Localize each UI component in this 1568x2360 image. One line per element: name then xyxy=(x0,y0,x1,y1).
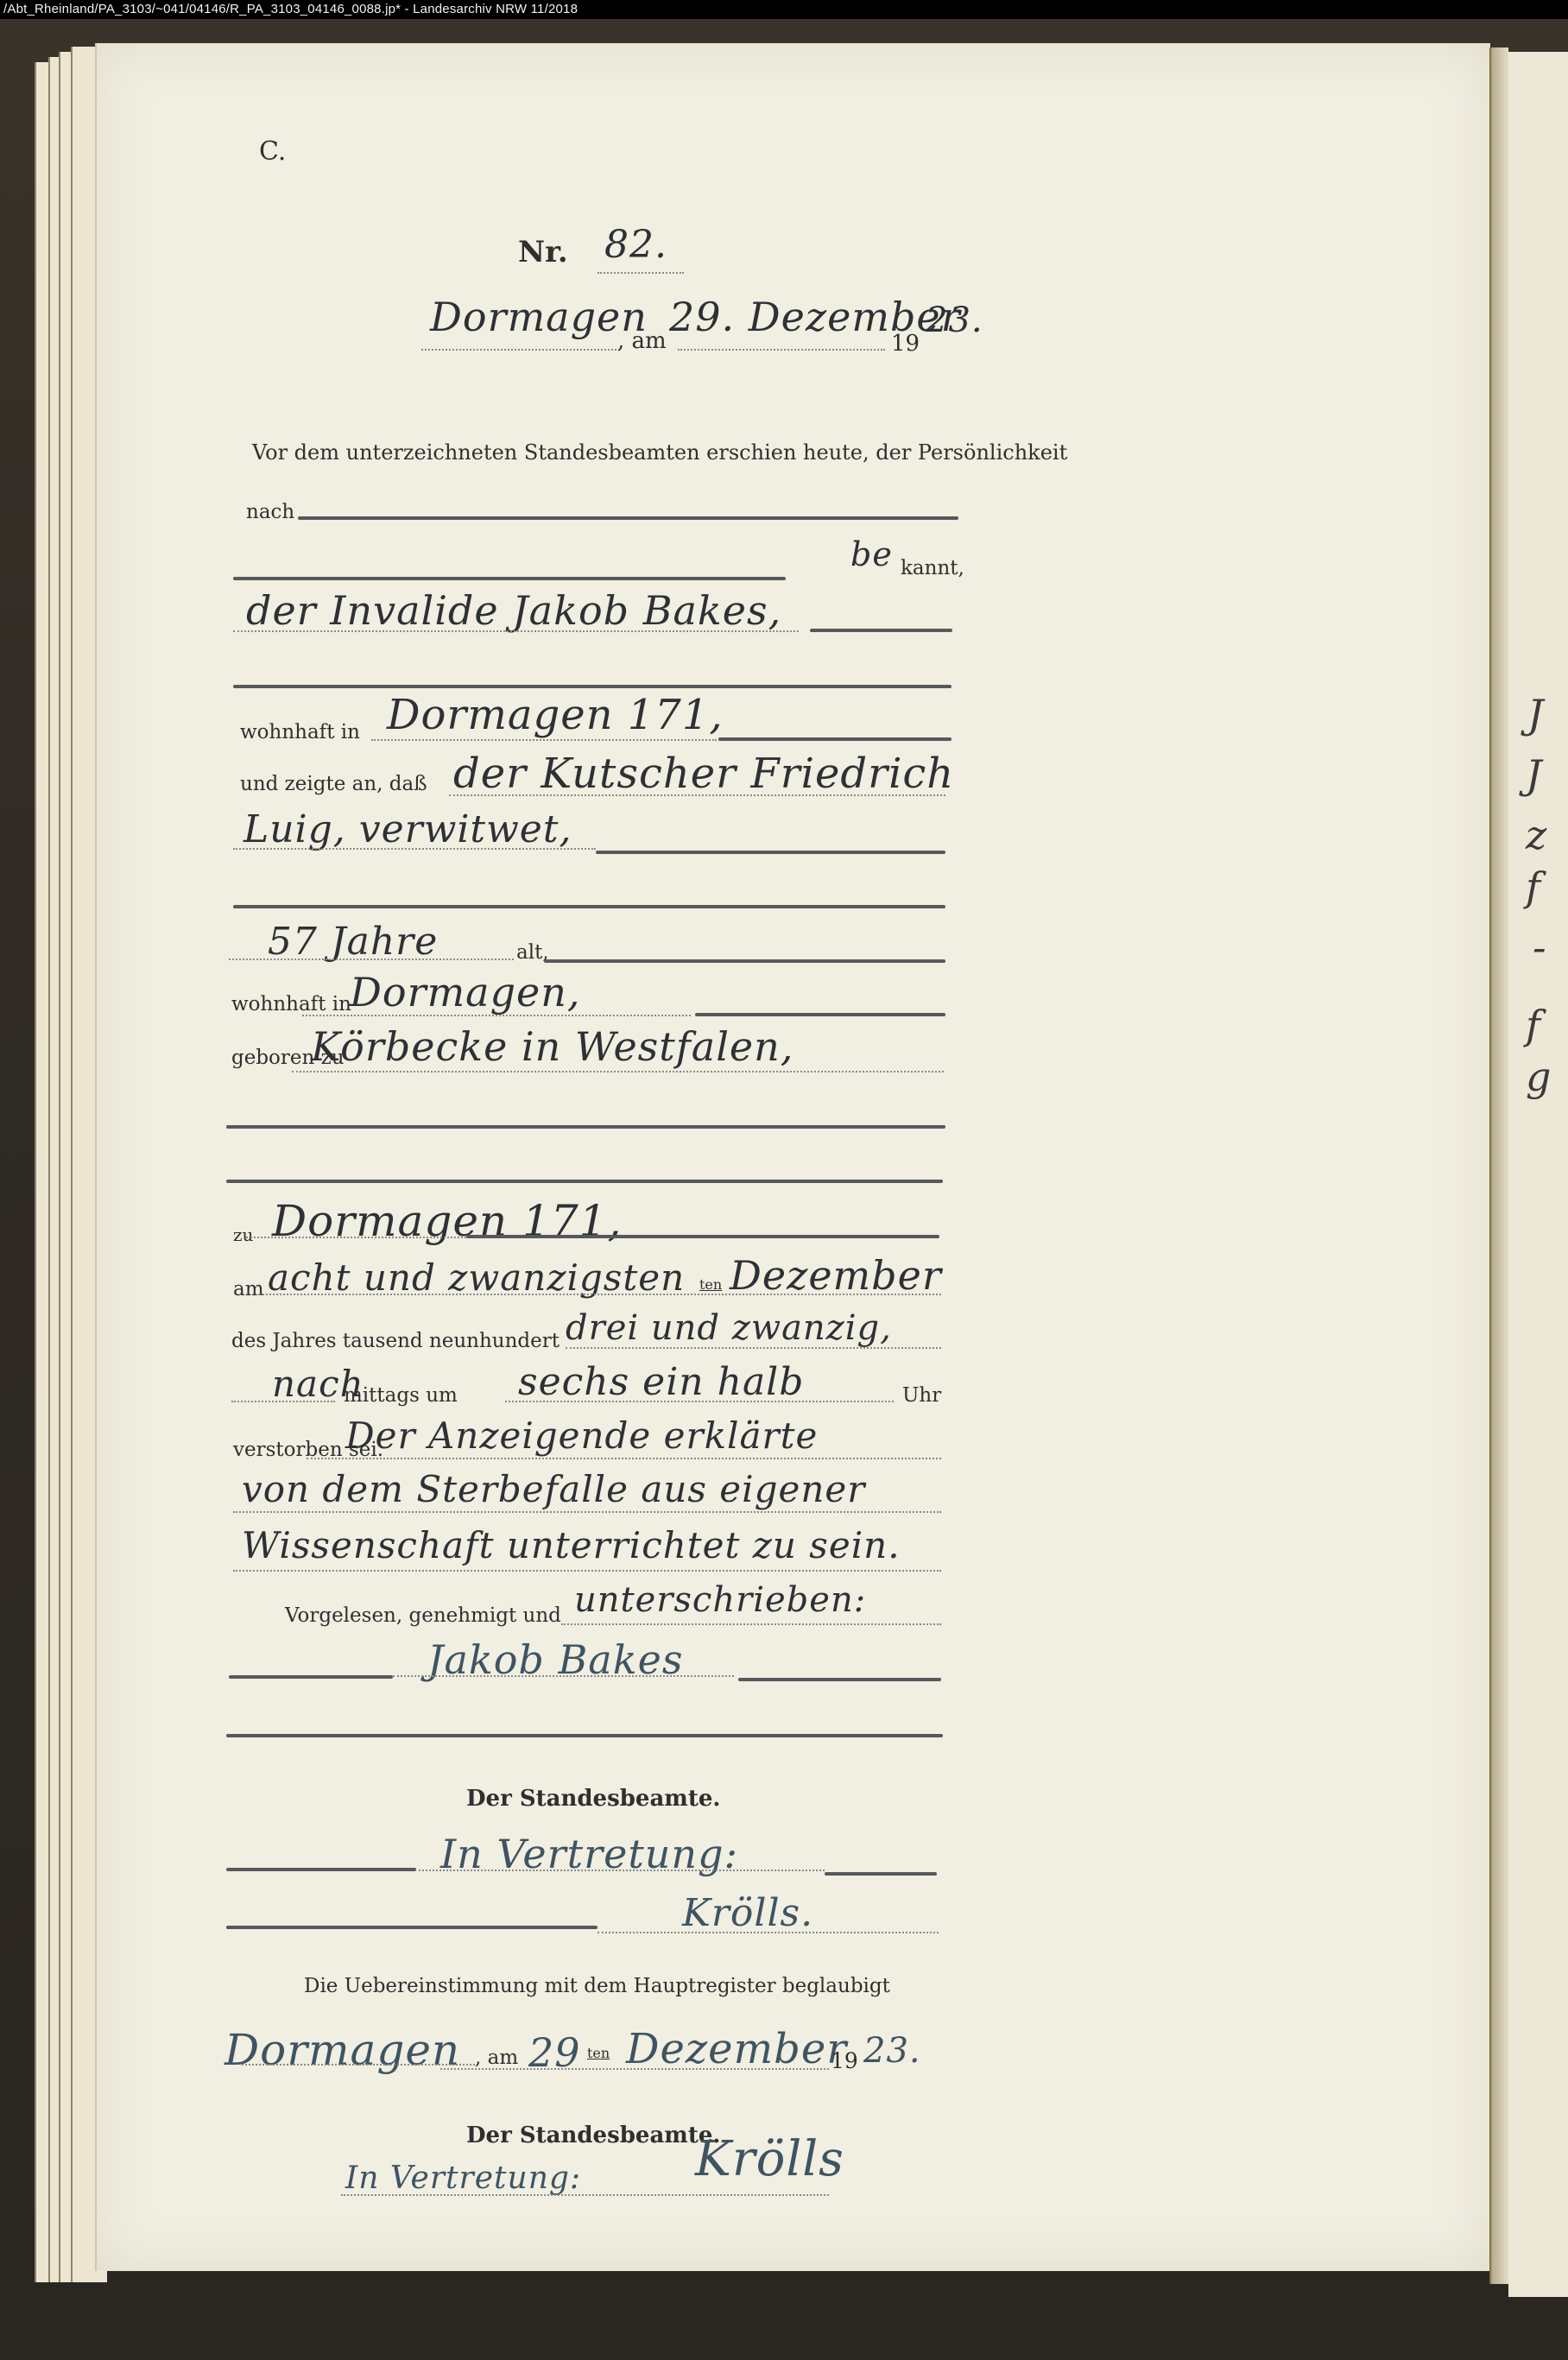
death-place-label: zu xyxy=(233,1224,253,1245)
form-rule xyxy=(233,905,945,908)
death-day-suffix: ten xyxy=(699,1276,722,1293)
cert-signature: Krölls xyxy=(695,2131,844,2187)
cert-deputy: In Vertretung: xyxy=(345,2161,581,2196)
certification-text: Die Uebereinstimmung mit dem Hauptregist… xyxy=(304,1975,890,1997)
death-day: acht und zwanzigsten xyxy=(268,1256,685,1299)
dotted-line xyxy=(419,1870,825,1871)
cert-year: 23. xyxy=(863,2031,921,2071)
dotted-line xyxy=(242,2064,475,2066)
form-rule xyxy=(466,1235,939,1238)
form-rule xyxy=(226,1125,945,1129)
dotted-line xyxy=(440,2068,829,2070)
form-rule xyxy=(738,1678,941,1681)
dotted-line xyxy=(233,1570,941,1572)
registrar-signature: Krölls. xyxy=(682,1891,813,1935)
deceased-line-2: Luig, verwitwet, xyxy=(243,807,572,851)
deceased-line-1: der Kutscher Friedrich xyxy=(453,750,954,798)
read-label: Vorgelesen, genehmigt und xyxy=(285,1604,561,1627)
dotted-line xyxy=(246,1237,466,1238)
dotted-line xyxy=(229,959,514,960)
header-year-prefix: 19 xyxy=(891,331,920,357)
dotted-line xyxy=(341,2194,829,2196)
birthplace: Körbecke in Westfalen, xyxy=(311,1023,793,1070)
nach-label: nach xyxy=(246,501,294,523)
dotted-line xyxy=(561,1623,941,1625)
header-year: 23. xyxy=(926,301,983,340)
form-rule xyxy=(226,1926,597,1929)
year-label: des Jahres tausend neunhundert xyxy=(231,1330,560,1352)
death-place: Dormagen 171, xyxy=(272,1196,622,1246)
form-rule xyxy=(825,1872,937,1876)
bekannt-print: kannt, xyxy=(901,557,964,579)
form-rule xyxy=(810,629,952,632)
form-rule xyxy=(596,851,945,854)
dotted-line xyxy=(449,794,945,796)
dotted-line xyxy=(233,630,799,632)
dotted-line xyxy=(231,1401,335,1402)
form-rule xyxy=(226,1868,416,1871)
death-time: sechs ein halb xyxy=(518,1360,804,1404)
announce-label: und zeigte an, daß xyxy=(240,773,427,795)
death-record: C. Nr. 82. Dormagen , am 29. Dezember 19… xyxy=(0,0,1568,2360)
cert-day-suffix: ten xyxy=(587,2045,610,2061)
remark-line-1: Der Anzeigende erklärte xyxy=(345,1414,818,1457)
dotted-line xyxy=(505,1401,894,1402)
registrar-title: Der Standesbeamte. xyxy=(466,1786,720,1812)
deceased-residence: Dormagen, xyxy=(350,969,581,1015)
form-rule xyxy=(233,685,952,688)
dotted-line xyxy=(597,1932,939,1933)
record-number: 82. xyxy=(604,223,667,267)
cert-month: Dezember xyxy=(626,2025,847,2073)
form-rule xyxy=(695,1013,945,1016)
read-approved: unterschrieben: xyxy=(574,1580,866,1620)
dotted-line xyxy=(233,1511,941,1513)
death-month: Dezember xyxy=(730,1252,942,1299)
form-rule xyxy=(226,1734,943,1737)
deceased-age: 57 Jahre xyxy=(268,920,438,964)
cert-year-prefix: 19 xyxy=(831,2048,858,2073)
dotted-line xyxy=(302,1015,691,1016)
remark-line-3: Wissenschaft unterrichtet zu sein. xyxy=(242,1524,901,1566)
dotted-line xyxy=(566,1347,941,1349)
dotted-line xyxy=(307,1458,941,1459)
form-rule xyxy=(233,577,786,580)
dotted-line xyxy=(597,272,684,274)
dotted-line xyxy=(292,1071,944,1072)
dotted-line xyxy=(678,349,885,351)
dotted-line xyxy=(233,848,596,850)
form-rule xyxy=(298,516,958,520)
dotted-line xyxy=(259,1294,941,1295)
time-label: mittags um xyxy=(344,1384,458,1407)
form-rule xyxy=(544,959,945,963)
form-rule xyxy=(229,1675,393,1679)
dotted-line xyxy=(371,739,717,741)
death-year: drei und zwanzig, xyxy=(566,1308,892,1348)
cert-place: Dormagen xyxy=(224,2025,460,2075)
corner-mark: C. xyxy=(259,136,286,167)
remark-line-2: von dem Sterbefalle aus eigener xyxy=(242,1468,865,1510)
death-day-label: am xyxy=(233,1278,264,1300)
record-number-label: Nr. xyxy=(518,235,568,269)
form-rule xyxy=(226,1180,943,1183)
bekannt-hand: be xyxy=(850,535,893,573)
form-rule xyxy=(718,737,952,741)
cert-registrar-title: Der Standesbeamte. xyxy=(466,2123,720,2148)
header-place: Dormagen xyxy=(430,294,648,340)
informant-residence: Dormagen 171, xyxy=(387,691,724,739)
cert-am: , am xyxy=(475,2047,518,2069)
residence-label: wohnhaft in xyxy=(240,721,360,743)
dotted-line xyxy=(421,349,620,351)
header-am: , am xyxy=(617,328,667,354)
deceased-residence-label: wohnhaft in xyxy=(231,993,351,1015)
intro-text: Vor dem unterzeichneten Standesbeamten e… xyxy=(252,440,1067,465)
time-uhr: Uhr xyxy=(902,1384,941,1407)
dotted-line xyxy=(393,1675,734,1677)
informant-name: der Invalide Jakob Bakes, xyxy=(246,587,781,634)
